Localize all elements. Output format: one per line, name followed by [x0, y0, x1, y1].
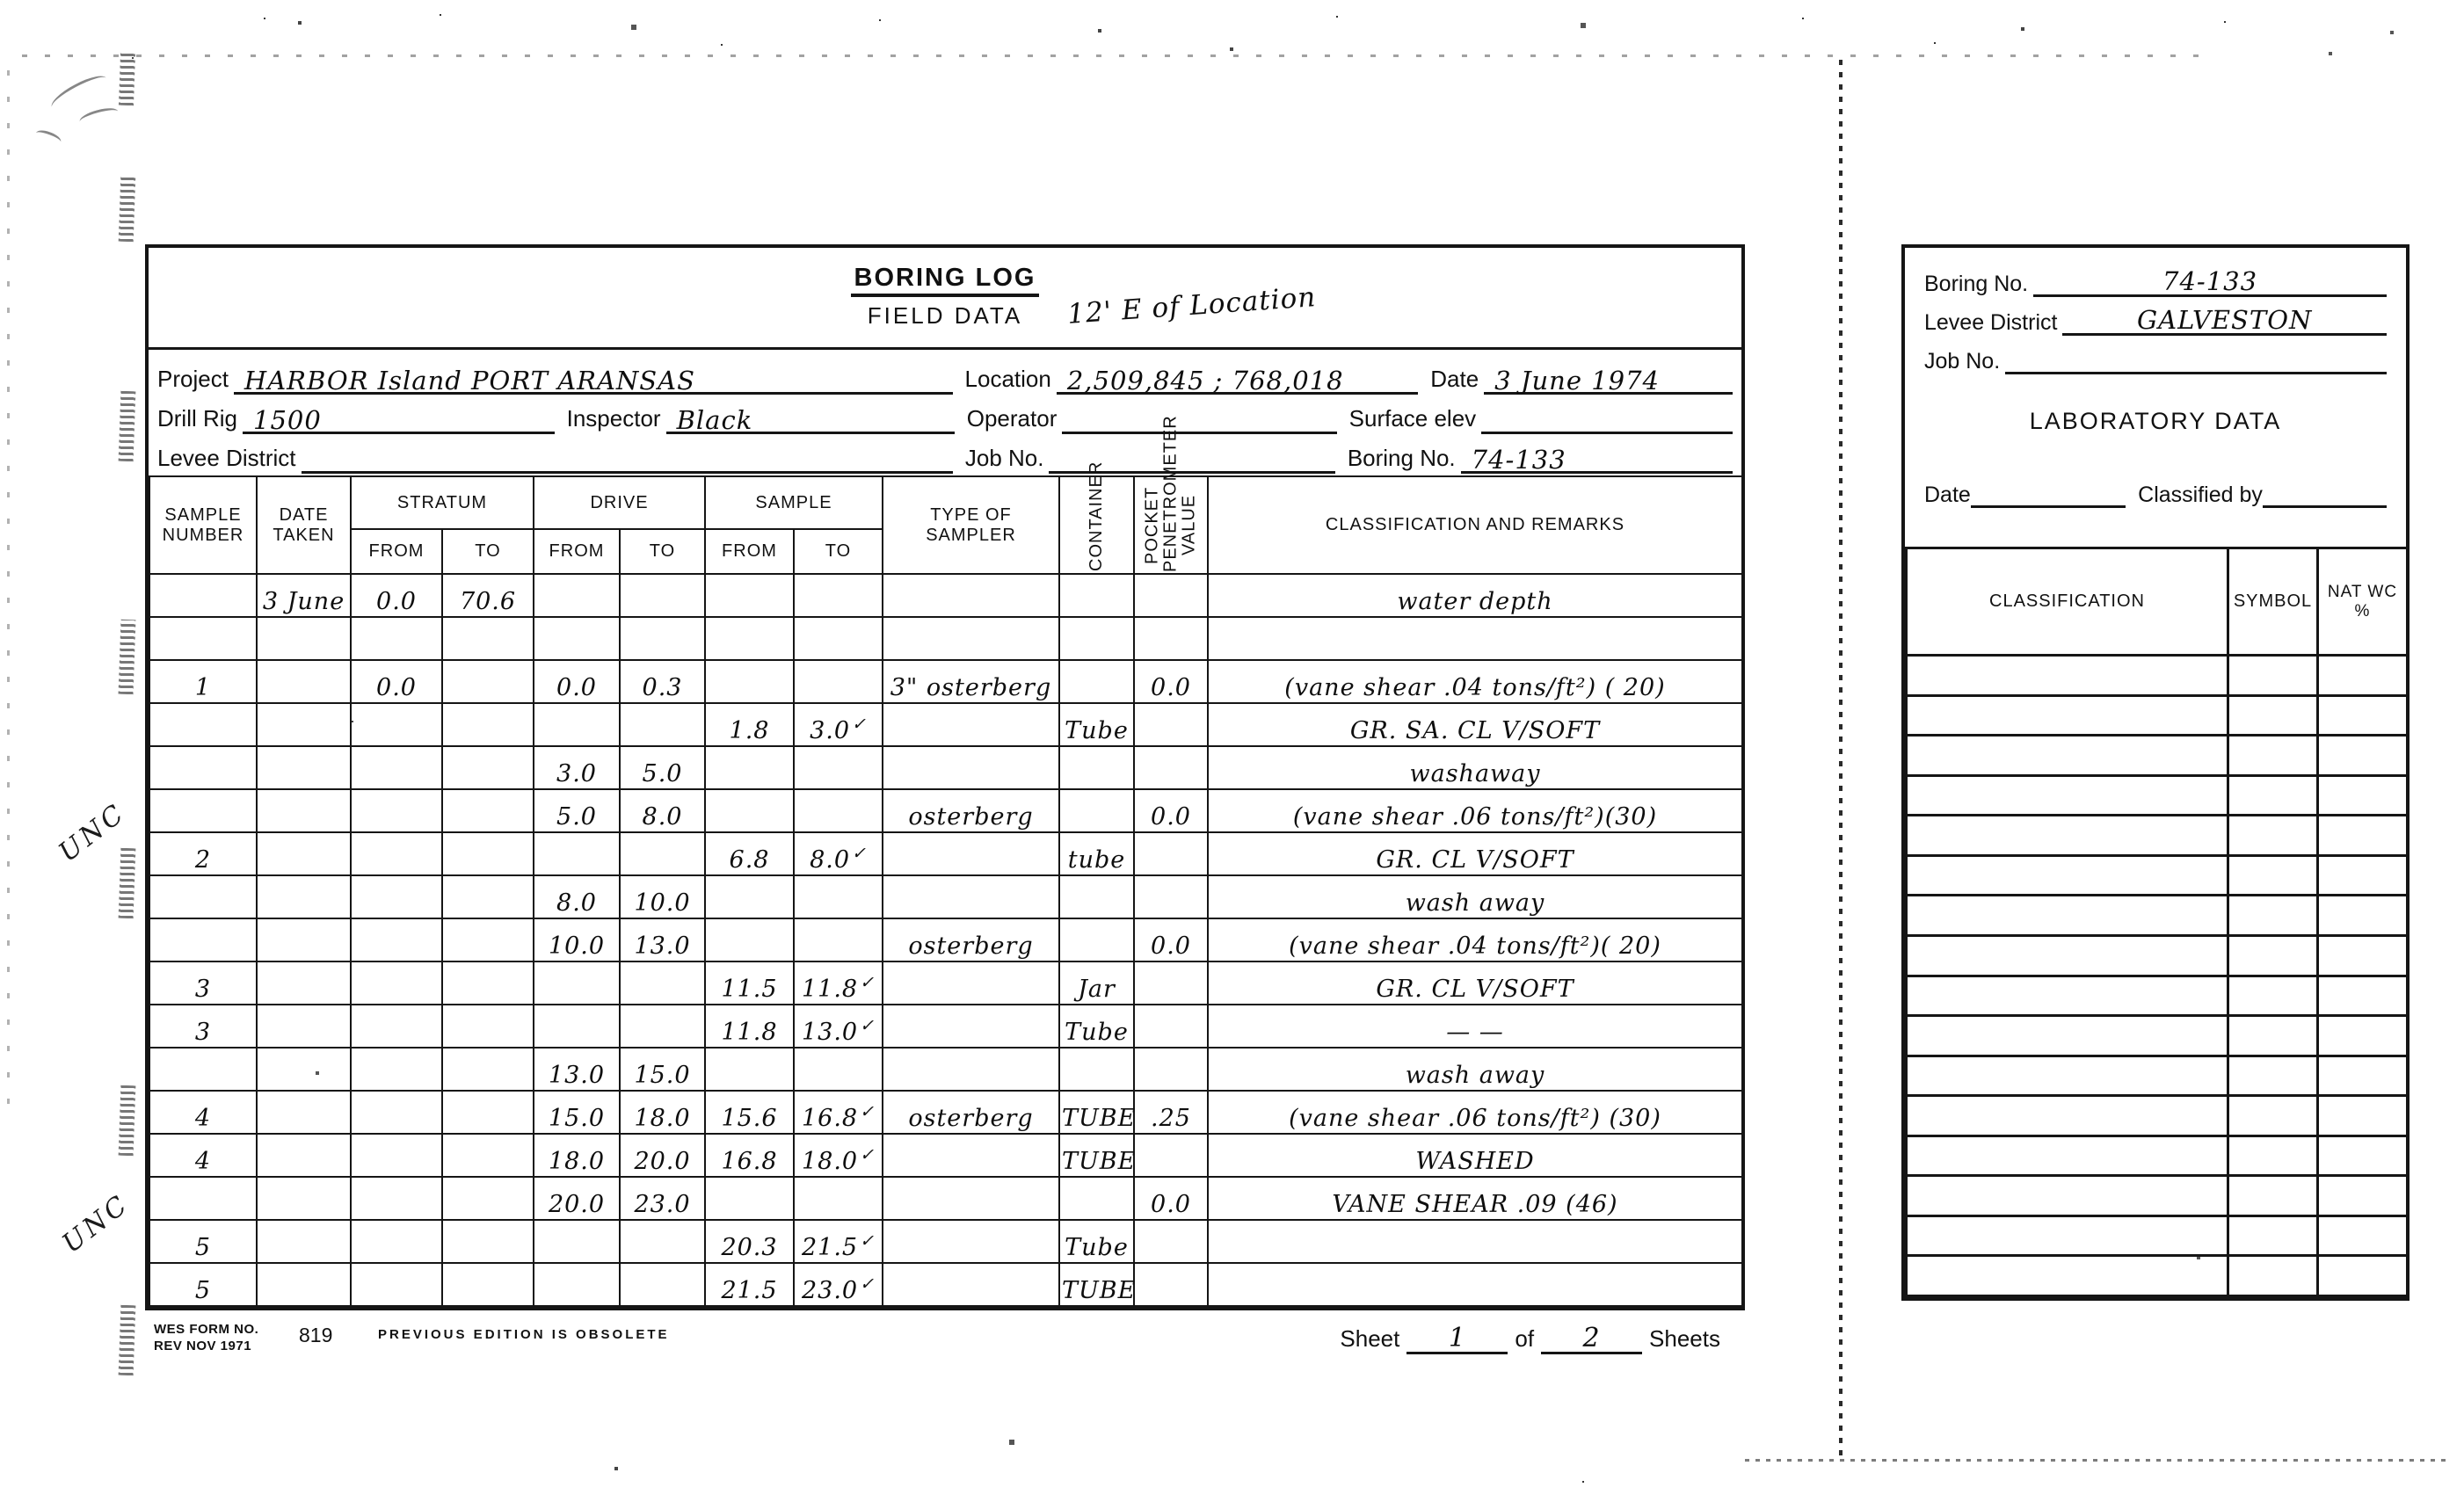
cell-remarks: water depth	[1208, 574, 1742, 617]
lab-cell-nat_wc	[2318, 935, 2408, 976]
cell-pocket_pen	[1134, 875, 1208, 918]
surface-elev-label: Surface elev	[1349, 405, 1482, 434]
cell-stratum_from	[351, 1005, 442, 1048]
cell-sampler	[883, 1263, 1059, 1306]
log-table-row: 418.020.016.818.0✓TUBEWASHED	[149, 1134, 1742, 1177]
cell-container	[1059, 746, 1134, 789]
cell-sample_from	[705, 574, 794, 617]
lab-levee-district-value: GALVESTON	[2062, 305, 2387, 335]
lab-table-row	[1907, 855, 2408, 896]
cell-stratum_to	[442, 832, 534, 875]
info-row-2: Drill Rig 1500 Inspector Black Operator …	[157, 395, 1733, 434]
cell-sample_to: 13.0✓	[794, 1005, 883, 1048]
lab-cell-nat_wc	[2318, 1136, 2408, 1176]
sheet-number-field: 1	[1406, 1320, 1508, 1354]
lab-cell-classification	[1907, 1215, 2228, 1256]
lab-cell-symbol	[2228, 1215, 2318, 1256]
cell-sample_number	[149, 875, 257, 918]
cell-date_taken	[257, 918, 351, 961]
sheets-total-value: 2	[1541, 1323, 1642, 1353]
cell-stratum_to	[442, 1091, 534, 1134]
cell-remarks: WASHED	[1208, 1134, 1742, 1177]
lab-job-no-label: Job No.	[1924, 349, 2005, 374]
cell-stratum_from	[351, 1220, 442, 1263]
lab-header-nat-wc: NAT WC %	[2318, 548, 2408, 656]
form-footer: WES FORM NO. REV NOV 1971 819 PREVIOUS E…	[154, 1318, 1745, 1380]
cell-drive_from	[534, 1220, 620, 1263]
lab-table-row	[1907, 816, 2408, 856]
lab-boring-no-value: 74-133	[2033, 266, 2387, 296]
cell-pocket_pen	[1134, 703, 1208, 746]
cell-sample_to	[794, 918, 883, 961]
cell-date_taken	[257, 1134, 351, 1177]
sheets-label: Sheets	[1642, 1325, 1727, 1354]
header-pocket-penetrometer: POCKET PENETROMETER VALUE	[1134, 476, 1208, 574]
cell-stratum_to: 70.6	[442, 574, 534, 617]
cell-sample_from	[705, 789, 794, 832]
cell-sampler	[883, 1048, 1059, 1091]
lab-cell-symbol	[2228, 736, 2318, 776]
cell-stratum_to	[442, 1263, 534, 1306]
cell-sampler	[883, 1177, 1059, 1220]
lab-table-row	[1907, 695, 2408, 736]
lab-cell-symbol	[2228, 816, 2318, 856]
lab-panel-header: Boring No. 74-133 Levee District GALVEST…	[1905, 248, 2406, 547]
lab-cell-nat_wc	[2318, 1176, 2408, 1216]
lab-cell-classification	[1907, 656, 2228, 696]
binding-mark	[119, 1305, 136, 1376]
cell-pocket_pen: 0.0	[1134, 660, 1208, 703]
cell-sample_from	[705, 1048, 794, 1091]
cell-date_taken	[257, 832, 351, 875]
laboratory-data-table: CLASSIFICATION SYMBOL NAT WC %	[1905, 547, 2409, 1297]
location-field: 2,509,845 ; 768,018	[1057, 359, 1418, 395]
log-table-row: 415.018.015.616.8✓osterbergTUBE.25(vane …	[149, 1091, 1742, 1134]
form-info-section: Project HARBOR Island PORT ARANSAS Locat…	[149, 350, 1741, 475]
laboratory-data-panel: Boring No. 74-133 Levee District GALVEST…	[1901, 244, 2409, 1301]
lab-cell-nat_wc	[2318, 656, 2408, 696]
lab-table-row	[1907, 775, 2408, 816]
binding-mark	[119, 391, 136, 462]
levee-district-label: Levee District	[157, 445, 302, 474]
lab-cell-symbol	[2228, 1096, 2318, 1136]
cell-stratum_to	[442, 1005, 534, 1048]
cell-container: tube	[1059, 832, 1134, 875]
lab-cell-symbol	[2228, 896, 2318, 936]
cell-sample_number	[149, 918, 257, 961]
cell-sample_number: 5	[149, 1263, 257, 1306]
lab-cell-symbol	[2228, 1256, 2318, 1296]
cell-date_taken	[257, 1263, 351, 1306]
lab-classified-by-field	[2263, 474, 2387, 508]
cell-container	[1059, 789, 1134, 832]
cell-sample_from: 21.5	[705, 1263, 794, 1306]
lab-levee-district-row: Levee District GALVESTON	[1924, 299, 2387, 336]
inspector-value: Black	[677, 405, 753, 435]
cell-container: Tube	[1059, 1005, 1134, 1048]
cell-remarks: — —	[1208, 1005, 1742, 1048]
cell-container	[1059, 1177, 1134, 1220]
cell-sampler: 3" osterberg	[883, 660, 1059, 703]
cell-sample_from: 11.8	[705, 1005, 794, 1048]
cell-container	[1059, 875, 1134, 918]
cell-stratum_from	[351, 1263, 442, 1306]
cell-sample_to: 21.5✓	[794, 1220, 883, 1263]
lab-cell-nat_wc	[2318, 896, 2408, 936]
lab-cell-classification	[1907, 736, 2228, 776]
cell-drive_from	[534, 703, 620, 746]
cell-drive_from: 15.0	[534, 1091, 620, 1134]
perforation-line	[1839, 60, 1843, 1461]
cell-date_taken	[257, 961, 351, 1005]
lab-levee-district-field: GALVESTON	[2062, 300, 2387, 336]
date-label: Date	[1430, 366, 1484, 395]
cell-sampler	[883, 1134, 1059, 1177]
cell-remarks: (vane shear .06 tons/ft²)(30)	[1208, 789, 1742, 832]
cell-sample_to	[794, 617, 883, 660]
boring-log-table: SAMPLE NUMBER DATE TAKEN STRATUM DRIVE S…	[149, 475, 1743, 1307]
cell-date_taken	[257, 617, 351, 660]
cell-date_taken	[257, 703, 351, 746]
lab-table-row	[1907, 1016, 2408, 1056]
cell-sample_from	[705, 1177, 794, 1220]
lab-cell-symbol	[2228, 775, 2318, 816]
cell-date_taken	[257, 660, 351, 703]
job-no-label: Job No.	[965, 445, 1050, 474]
cell-remarks	[1208, 617, 1742, 660]
log-table-row: 3 June0.070.6water depth	[149, 574, 1742, 617]
header-container: CONTAINER	[1059, 476, 1134, 574]
check-mark: ✓	[860, 973, 875, 992]
lab-date-classified-row: Date Classified by	[1924, 474, 2387, 508]
boring-no-value: 74-133	[1472, 445, 1566, 475]
cell-stratum_to	[442, 1134, 534, 1177]
wes-form-no-line1: WES FORM NO.	[154, 1322, 258, 1339]
cell-sampler	[883, 746, 1059, 789]
log-table-row: 521.523.0✓TUBE	[149, 1263, 1742, 1306]
form-title: BORING LOG	[149, 264, 1741, 293]
cell-drive_to: 0.3	[620, 660, 705, 703]
cell-container: TUBE	[1059, 1134, 1134, 1177]
header-drive-to: TO	[620, 529, 705, 574]
lab-table-row	[1907, 896, 2408, 936]
cell-pocket_pen: 0.0	[1134, 1177, 1208, 1220]
cell-stratum_to	[442, 746, 534, 789]
lab-boring-no-field: 74-133	[2033, 261, 2387, 297]
lab-cell-nat_wc	[2318, 736, 2408, 776]
cell-container: Jar	[1059, 961, 1134, 1005]
cell-pocket_pen	[1134, 746, 1208, 789]
lab-cell-nat_wc	[2318, 1016, 2408, 1056]
drill-rig-label: Drill Rig	[157, 405, 243, 434]
pencil-scribble	[34, 127, 63, 147]
check-mark: ✓	[852, 715, 867, 734]
lab-table-row	[1907, 1096, 2408, 1136]
cell-container	[1059, 918, 1134, 961]
lab-cell-nat_wc	[2318, 695, 2408, 736]
cell-date_taken	[257, 1177, 351, 1220]
lab-cell-classification	[1907, 976, 2228, 1016]
cell-drive_to	[620, 1263, 705, 1306]
lab-cell-classification	[1907, 1176, 2228, 1216]
cell-sample_from	[705, 875, 794, 918]
cell-sample_number: 4	[149, 1091, 257, 1134]
inspector-field: Black	[666, 399, 955, 434]
lab-cell-symbol	[2228, 695, 2318, 736]
cell-container	[1059, 1048, 1134, 1091]
log-table-row	[149, 617, 1742, 660]
check-mark: ✓	[860, 1102, 875, 1121]
lab-boring-no-label: Boring No.	[1924, 272, 2033, 297]
cell-sampler	[883, 961, 1059, 1005]
date-field: 3 June 1974	[1484, 359, 1733, 395]
cell-sample_from	[705, 746, 794, 789]
log-table-row: 8.010.0wash away	[149, 875, 1742, 918]
of-label: of	[1508, 1325, 1541, 1354]
cell-sample_to	[794, 789, 883, 832]
cell-sample_from: 16.8	[705, 1134, 794, 1177]
lab-cell-symbol	[2228, 1176, 2318, 1216]
header-sample-to: TO	[794, 529, 883, 574]
cell-stratum_from	[351, 1134, 442, 1177]
lab-header-classification: CLASSIFICATION	[1907, 548, 2228, 656]
log-table-row: 311.813.0✓Tube— —	[149, 1005, 1742, 1048]
check-mark: ✓	[860, 1231, 875, 1251]
header-type-of-sampler: TYPE OF SAMPLER	[883, 476, 1059, 574]
check-mark: ✓	[860, 1145, 875, 1165]
cell-pocket_pen: 0.0	[1134, 918, 1208, 961]
cell-pocket_pen	[1134, 574, 1208, 617]
cell-sampler	[883, 875, 1059, 918]
lab-cell-classification	[1907, 1096, 2228, 1136]
cell-container: TUBE	[1059, 1091, 1134, 1134]
cell-sample_from	[705, 617, 794, 660]
binding-mark	[119, 1085, 136, 1157]
cell-drive_to	[620, 703, 705, 746]
cell-drive_from	[534, 1263, 620, 1306]
lab-classified-by-label: Classified by	[2138, 483, 2263, 508]
cell-drive_to	[620, 574, 705, 617]
header-sample-number: SAMPLE NUMBER	[149, 476, 257, 574]
cell-stratum_to	[442, 918, 534, 961]
sheets-total-field: 2	[1541, 1320, 1642, 1354]
cell-sample_number: 4	[149, 1134, 257, 1177]
project-value: HARBOR Island PORT ARANSAS	[244, 366, 695, 395]
cell-stratum_to	[442, 703, 534, 746]
sheet-number-value: 1	[1406, 1323, 1508, 1353]
cell-stratum_to	[442, 1177, 534, 1220]
cell-remarks: GR. CL V/SOFT	[1208, 832, 1742, 875]
log-table-row: 13.015.0wash away	[149, 1048, 1742, 1091]
lab-cell-nat_wc	[2318, 1215, 2408, 1256]
cell-stratum_from	[351, 918, 442, 961]
cell-remarks: (vane shear .04 tons/ft²)( 20)	[1208, 918, 1742, 961]
levee-district-field	[302, 439, 953, 474]
cell-drive_to: 20.0	[620, 1134, 705, 1177]
lab-cell-classification	[1907, 935, 2228, 976]
operator-label: Operator	[967, 405, 1063, 434]
lab-cell-nat_wc	[2318, 976, 2408, 1016]
cell-stratum_to	[442, 660, 534, 703]
header-stratum-to: TO	[442, 529, 534, 574]
cell-drive_to	[620, 832, 705, 875]
cell-sample_to	[794, 1177, 883, 1220]
lab-cell-classification	[1907, 896, 2228, 936]
cell-sample_to: 23.0✓	[794, 1263, 883, 1306]
cell-sample_to: 3.0✓	[794, 703, 883, 746]
lab-cell-classification	[1907, 775, 2228, 816]
lab-cell-symbol	[2228, 855, 2318, 896]
cell-sample_from: 20.3	[705, 1220, 794, 1263]
lab-cell-classification	[1907, 1136, 2228, 1176]
cell-container: Tube	[1059, 703, 1134, 746]
margin-note-unc-2: UNC	[56, 1188, 135, 1259]
project-label: Project	[157, 366, 234, 395]
cell-stratum_from	[351, 1091, 442, 1134]
form-subtitle: FIELD DATA	[149, 302, 1741, 330]
cell-drive_from	[534, 574, 620, 617]
header-sample-from: FROM	[705, 529, 794, 574]
lab-cell-classification	[1907, 695, 2228, 736]
log-table-row: 520.321.5✓Tube	[149, 1220, 1742, 1263]
lab-levee-district-label: Levee District	[1924, 310, 2062, 336]
boring-no-label: Boring No.	[1348, 445, 1461, 474]
cell-container: TUBE	[1059, 1263, 1134, 1306]
pencil-scribble	[78, 105, 120, 127]
log-table-row: 10.00.00.33" osterberg0.0(vane shear .04…	[149, 660, 1742, 703]
cell-sample_number: 5	[149, 1220, 257, 1263]
lab-cell-classification	[1907, 1256, 2228, 1296]
cell-pocket_pen	[1134, 1134, 1208, 1177]
cell-sample_number: 3	[149, 961, 257, 1005]
cell-sample_from	[705, 918, 794, 961]
drill-rig-field: 1500	[243, 399, 555, 434]
cell-drive_to	[620, 961, 705, 1005]
sheet-label: Sheet	[1333, 1325, 1406, 1354]
log-table-row: 5.08.0osterberg0.0(vane shear .06 tons/f…	[149, 789, 1742, 832]
cell-remarks: VANE SHEAR .09 (46)	[1208, 1177, 1742, 1220]
lab-cell-classification	[1907, 1016, 2228, 1056]
header-drive: DRIVE	[534, 476, 705, 529]
cell-stratum_from: 0.0	[351, 660, 442, 703]
cell-stratum_to	[442, 1220, 534, 1263]
cell-sample_number	[149, 617, 257, 660]
form-number: 819	[299, 1324, 332, 1347]
lab-boring-no-row: Boring No. 74-133	[1924, 260, 2387, 297]
log-table-row: 1.83.0✓TubeGR. SA. CL V/SOFT	[149, 703, 1742, 746]
cell-sample_number: 3	[149, 1005, 257, 1048]
scan-bottom-edge	[1745, 1459, 2448, 1462]
lab-date-field	[1971, 474, 2126, 508]
cell-sample_from: 1.8	[705, 703, 794, 746]
lab-cell-symbol	[2228, 656, 2318, 696]
cell-sampler: osterberg	[883, 789, 1059, 832]
cell-drive_to: 10.0	[620, 875, 705, 918]
cell-drive_from	[534, 832, 620, 875]
operator-field	[1062, 399, 1336, 434]
surface-elev-field	[1481, 399, 1733, 434]
header-sample: SAMPLE	[705, 476, 883, 529]
cell-drive_from: 10.0	[534, 918, 620, 961]
info-row-3: Levee District Job No. Boring No. 74-133	[157, 434, 1733, 474]
cell-sample_to: 18.0✓	[794, 1134, 883, 1177]
cell-sample_number: 1	[149, 660, 257, 703]
cell-date_taken	[257, 1048, 351, 1091]
cell-sample_number	[149, 789, 257, 832]
cell-container: Tube	[1059, 1220, 1134, 1263]
lab-cell-symbol	[2228, 1016, 2318, 1056]
log-table-row: 3.05.0washaway	[149, 746, 1742, 789]
cell-pocket_pen	[1134, 832, 1208, 875]
check-mark: ✓	[860, 1274, 875, 1294]
cell-drive_from: 5.0	[534, 789, 620, 832]
cell-sample_from: 11.5	[705, 961, 794, 1005]
cell-drive_to: 13.0	[620, 918, 705, 961]
cell-sample_to: 8.0✓	[794, 832, 883, 875]
cell-remarks: wash away	[1208, 875, 1742, 918]
cell-sampler	[883, 703, 1059, 746]
obsolete-note: PREVIOUS EDITION IS OBSOLETE	[378, 1327, 670, 1342]
lab-date-label: Date	[1924, 483, 1971, 508]
location-value: 2,509,845 ; 768,018	[1067, 366, 1344, 395]
cell-sample_number	[149, 1177, 257, 1220]
lab-table-row	[1907, 1056, 2408, 1096]
cell-drive_from: 20.0	[534, 1177, 620, 1220]
cell-sampler	[883, 617, 1059, 660]
cell-pocket_pen: .25	[1134, 1091, 1208, 1134]
lab-table-body	[1907, 656, 2408, 1296]
binding-mark	[119, 848, 136, 919]
header-drive-from: FROM	[534, 529, 620, 574]
cell-drive_from: 13.0	[534, 1048, 620, 1091]
lab-cell-nat_wc	[2318, 1256, 2408, 1296]
cell-drive_to	[620, 1005, 705, 1048]
lab-panel-title: LABORATORY DATA	[1924, 408, 2387, 435]
lab-table-row	[1907, 656, 2408, 696]
lab-cell-classification	[1907, 1056, 2228, 1096]
cell-sample_to	[794, 1048, 883, 1091]
cell-stratum_from	[351, 617, 442, 660]
cell-container	[1059, 660, 1134, 703]
cell-sample_number	[149, 1048, 257, 1091]
cell-drive_to: 5.0	[620, 746, 705, 789]
log-table-row: 10.013.0osterberg0.0(vane shear .04 tons…	[149, 918, 1742, 961]
header-date-taken: DATE TAKEN	[257, 476, 351, 574]
cell-drive_from	[534, 617, 620, 660]
cell-remarks: (vane shear .06 tons/ft²) (30)	[1208, 1091, 1742, 1134]
lab-table-row	[1907, 935, 2408, 976]
cell-drive_from: 0.0	[534, 660, 620, 703]
cell-sampler	[883, 574, 1059, 617]
location-label: Location	[965, 366, 1057, 395]
cell-sample_number	[149, 574, 257, 617]
cell-pocket_pen	[1134, 617, 1208, 660]
cell-pocket_pen	[1134, 961, 1208, 1005]
lab-cell-nat_wc	[2318, 855, 2408, 896]
lab-cell-nat_wc	[2318, 775, 2408, 816]
lab-table-row	[1907, 976, 2408, 1016]
cell-remarks	[1208, 1263, 1742, 1306]
lab-table-row	[1907, 1136, 2408, 1176]
cell-remarks	[1208, 1220, 1742, 1263]
cell-container	[1059, 574, 1134, 617]
cell-pocket_pen	[1134, 1005, 1208, 1048]
cell-stratum_to	[442, 1048, 534, 1091]
cell-drive_from: 18.0	[534, 1134, 620, 1177]
lab-header-symbol: SYMBOL	[2228, 548, 2318, 656]
log-table-row: 20.023.00.0VANE SHEAR .09 (46)	[149, 1177, 1742, 1220]
log-table-row: 311.511.8✓JarGR. CL V/SOFT	[149, 961, 1742, 1005]
